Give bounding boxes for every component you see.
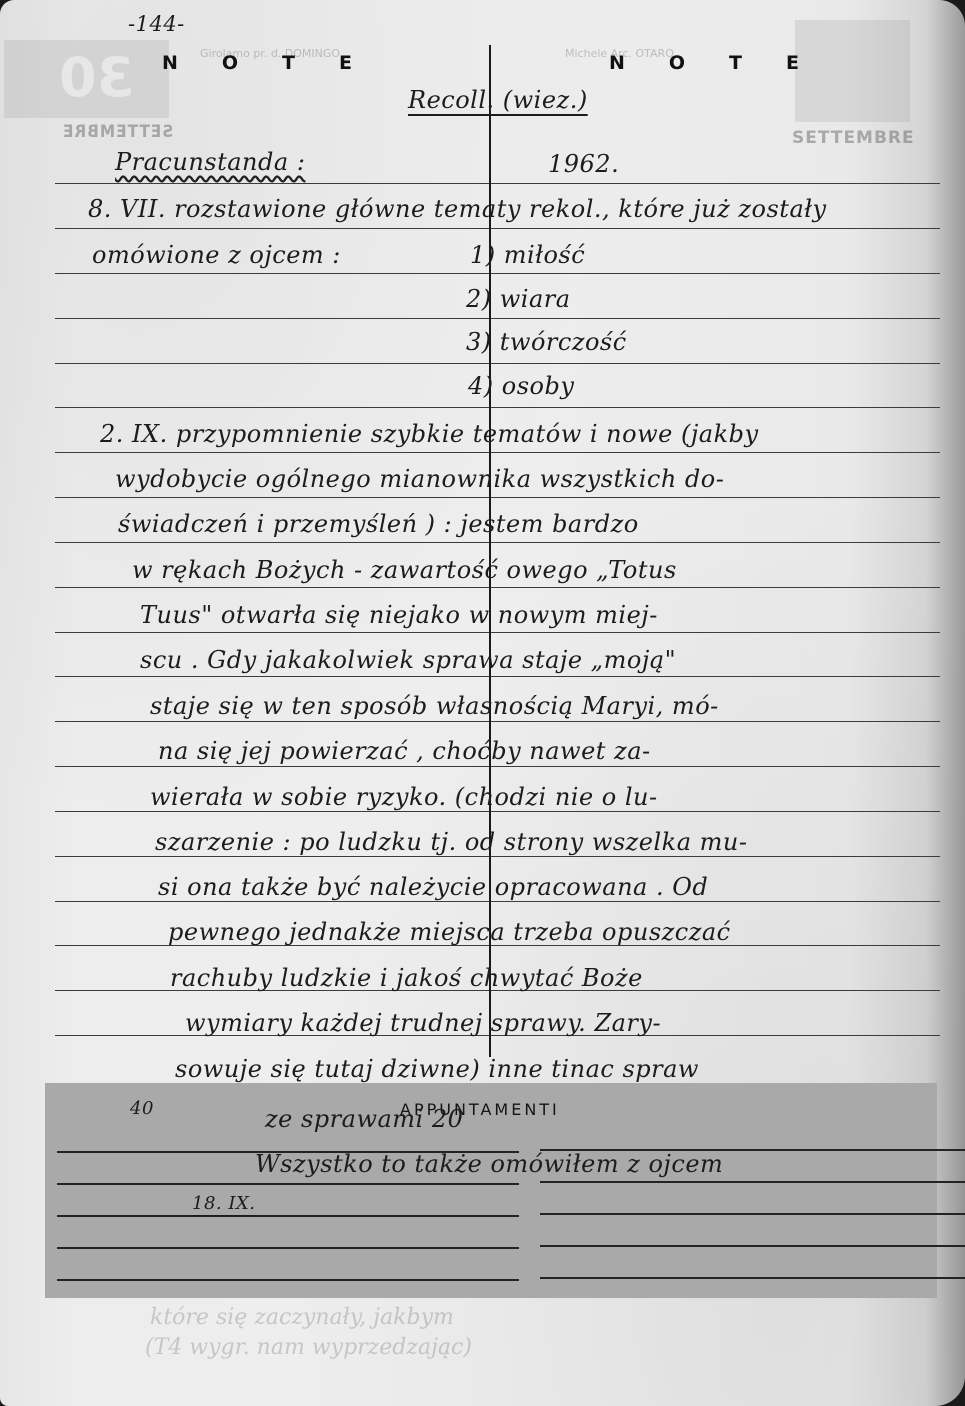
date-stamp-left: 30 xyxy=(4,40,169,118)
entry-line: Tuus" otwarła się niejako w nowym miej- xyxy=(140,601,658,629)
ruled-line xyxy=(55,407,940,408)
entry-line: scu . Gdy jakakolwiek sprawa staje „moją… xyxy=(140,646,676,674)
entry-line: świadczeń i przemyśleń ) : jestem bardzo xyxy=(118,510,639,538)
entry-date: 18. IX. xyxy=(192,1193,256,1214)
appointment-line xyxy=(540,1213,965,1215)
entry-line: na się jej powierzać , choćby nawet za- xyxy=(158,737,651,765)
appointment-line xyxy=(540,1277,965,1279)
appointment-line xyxy=(57,1279,519,1281)
entry-year: 1962. xyxy=(548,150,619,178)
entry-line: ze sprawami 20 xyxy=(265,1105,463,1133)
entry-line: szarzenie : po ludzku tj. od strony wsze… xyxy=(155,828,747,856)
ruled-line xyxy=(55,228,940,229)
ruled-line xyxy=(55,183,940,184)
entry-line: sowuje się tutaj dziwne) inne tinac spra… xyxy=(175,1055,699,1083)
ruled-line xyxy=(55,587,940,588)
ruled-line xyxy=(55,452,940,453)
stamp-month-left: SETTEMBRE xyxy=(62,122,173,142)
diary-page: 30 SETTEMBRE SETTEMBRE Girolamo pr. d. D… xyxy=(0,0,965,1406)
appointment-line xyxy=(57,1247,519,1249)
entry-line: 8. VII. rozstawione główne tematy rekol.… xyxy=(88,195,827,223)
entry-line: staje się w ten sposób własnością Maryi,… xyxy=(150,692,719,720)
entry-line: wydobycie ogólnego mianownika wszystkich… xyxy=(115,465,724,493)
entry-line: 40 xyxy=(130,1098,154,1119)
ruled-line xyxy=(55,497,940,498)
entry-line: si ona także być należycie opracowana . … xyxy=(158,873,708,901)
ruled-line xyxy=(55,676,940,677)
ruled-line xyxy=(55,811,940,812)
list-item: 3) twórczość xyxy=(466,328,627,356)
bleedthrough-text: (T4 wygr. nam wyprzedzając) xyxy=(145,1335,472,1360)
ruled-line xyxy=(55,632,940,633)
list-item: 1) miłość xyxy=(470,241,585,269)
entry-title: Recoll. (wiez.) xyxy=(408,86,588,114)
list-item: 4) osoby xyxy=(468,372,574,400)
ruled-line xyxy=(55,542,940,543)
appointments-section: APPUNTAMENTI xyxy=(45,1083,937,1298)
ruled-line xyxy=(55,318,940,319)
ruled-line xyxy=(55,363,940,364)
entry-line: Wszystko to także omówiłem z ojcem xyxy=(255,1150,723,1178)
appointment-line xyxy=(540,1181,965,1183)
appointment-line xyxy=(57,1215,519,1217)
ruled-line xyxy=(55,721,940,722)
entry-line: wierała w sobie ryzyko. (chodzi nie o lu… xyxy=(150,783,658,811)
page-number: -144- xyxy=(128,12,185,36)
ruled-line xyxy=(55,766,940,767)
list-item: 2) wiara xyxy=(466,285,571,313)
header-note-left: NOTE xyxy=(162,52,396,74)
entry-line: omówione z ojcem : xyxy=(92,241,341,269)
stamp-day: 30 xyxy=(59,46,134,109)
entry-line: 2. IX. przypomnienie szybkie tematów i n… xyxy=(100,420,759,448)
entry-heading: Pracunstanda : xyxy=(115,148,305,176)
ruled-line xyxy=(55,901,940,902)
entry-line: rachuby ludzkie i jakoś chwytać Boże xyxy=(170,964,643,992)
bleedthrough-text: które się zaczynały, jakbym xyxy=(150,1305,454,1330)
appointment-line xyxy=(57,1183,519,1185)
entry-line: w rękach Bożych - zawartość owego „Totus xyxy=(132,556,677,584)
ruled-line xyxy=(55,273,940,274)
appointment-line xyxy=(540,1245,965,1247)
entry-line: wymiary każdej trudnej sprawy. Zary- xyxy=(185,1009,661,1037)
entry-line: pewnego jednakże miejsca trzeba opuszcza… xyxy=(168,918,731,946)
stamp-month-right: SETTEMBRE xyxy=(792,128,915,148)
ruled-line xyxy=(55,856,940,857)
header-note-right: NOTE xyxy=(609,52,843,74)
